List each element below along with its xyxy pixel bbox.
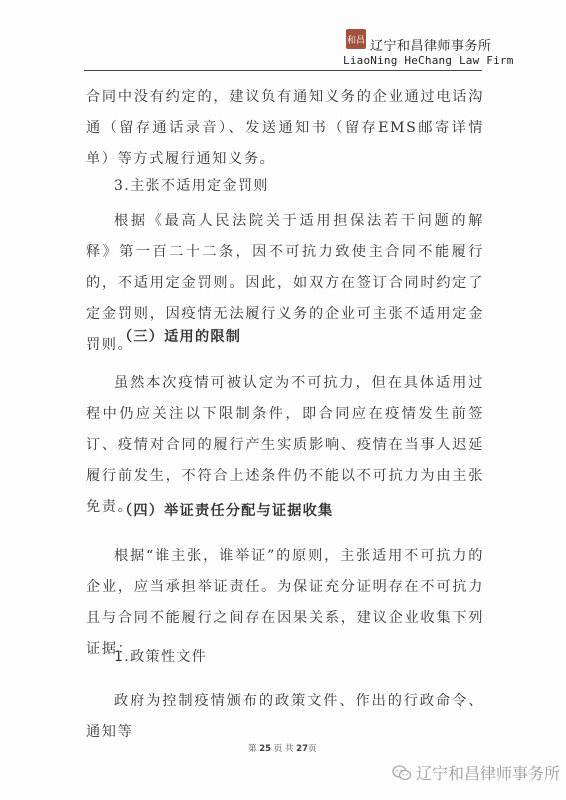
section-3-title: （三）适用的限制 (118, 326, 241, 346)
paragraph-text: 政府为控制疫情颁布的政策文件、作出的行政命令、通知等 (86, 686, 484, 748)
paragraph-policy-docs: 政府为控制疫情颁布的政策文件、作出的行政命令、通知等 (86, 686, 484, 748)
page-number: 第 25 页 共 27页 (248, 742, 317, 754)
page-mid: 页 共 (274, 744, 294, 754)
paragraph-text: 合同中没有约定的，建议负有通知义务的企业通过电话沟通（留存通话录音）、发送通知书… (86, 82, 484, 175)
header-divider (84, 70, 482, 71)
wechat-icon (392, 765, 412, 781)
wechat-watermark: 辽宁和昌律师事务所 (392, 761, 560, 784)
watermark-text: 辽宁和昌律师事务所 (416, 761, 560, 784)
page-header: 和昌 辽宁和昌律师事务所 LiaoNing HeChang Law Firm (0, 0, 566, 72)
page-suffix: 页 (308, 744, 317, 754)
item-1-title: 1.政策性文件 (114, 646, 207, 666)
document-page: 和昌 辽宁和昌律师事务所 LiaoNing HeChang Law Firm 合… (0, 0, 566, 800)
paragraph-notice-continued: 合同中没有约定的，建议负有通知义务的企业通过电话沟通（留存通话录音）、发送通知书… (86, 82, 484, 175)
page-prefix: 第 (248, 744, 257, 754)
firm-name-en: LiaoNing HeChang Law Firm (343, 54, 514, 67)
firm-logo: 和昌 (346, 29, 366, 49)
firm-name-cn: 辽宁和昌律师事务所 (370, 35, 492, 54)
section-4-title: （四）举证责任分配与证据收集 (118, 500, 333, 520)
logo-text: 和昌 (347, 33, 365, 46)
page-current: 25 (259, 744, 271, 754)
item-3-title: 3.主张不适用定金罚则 (114, 175, 269, 195)
page-total: 27 (296, 744, 308, 754)
